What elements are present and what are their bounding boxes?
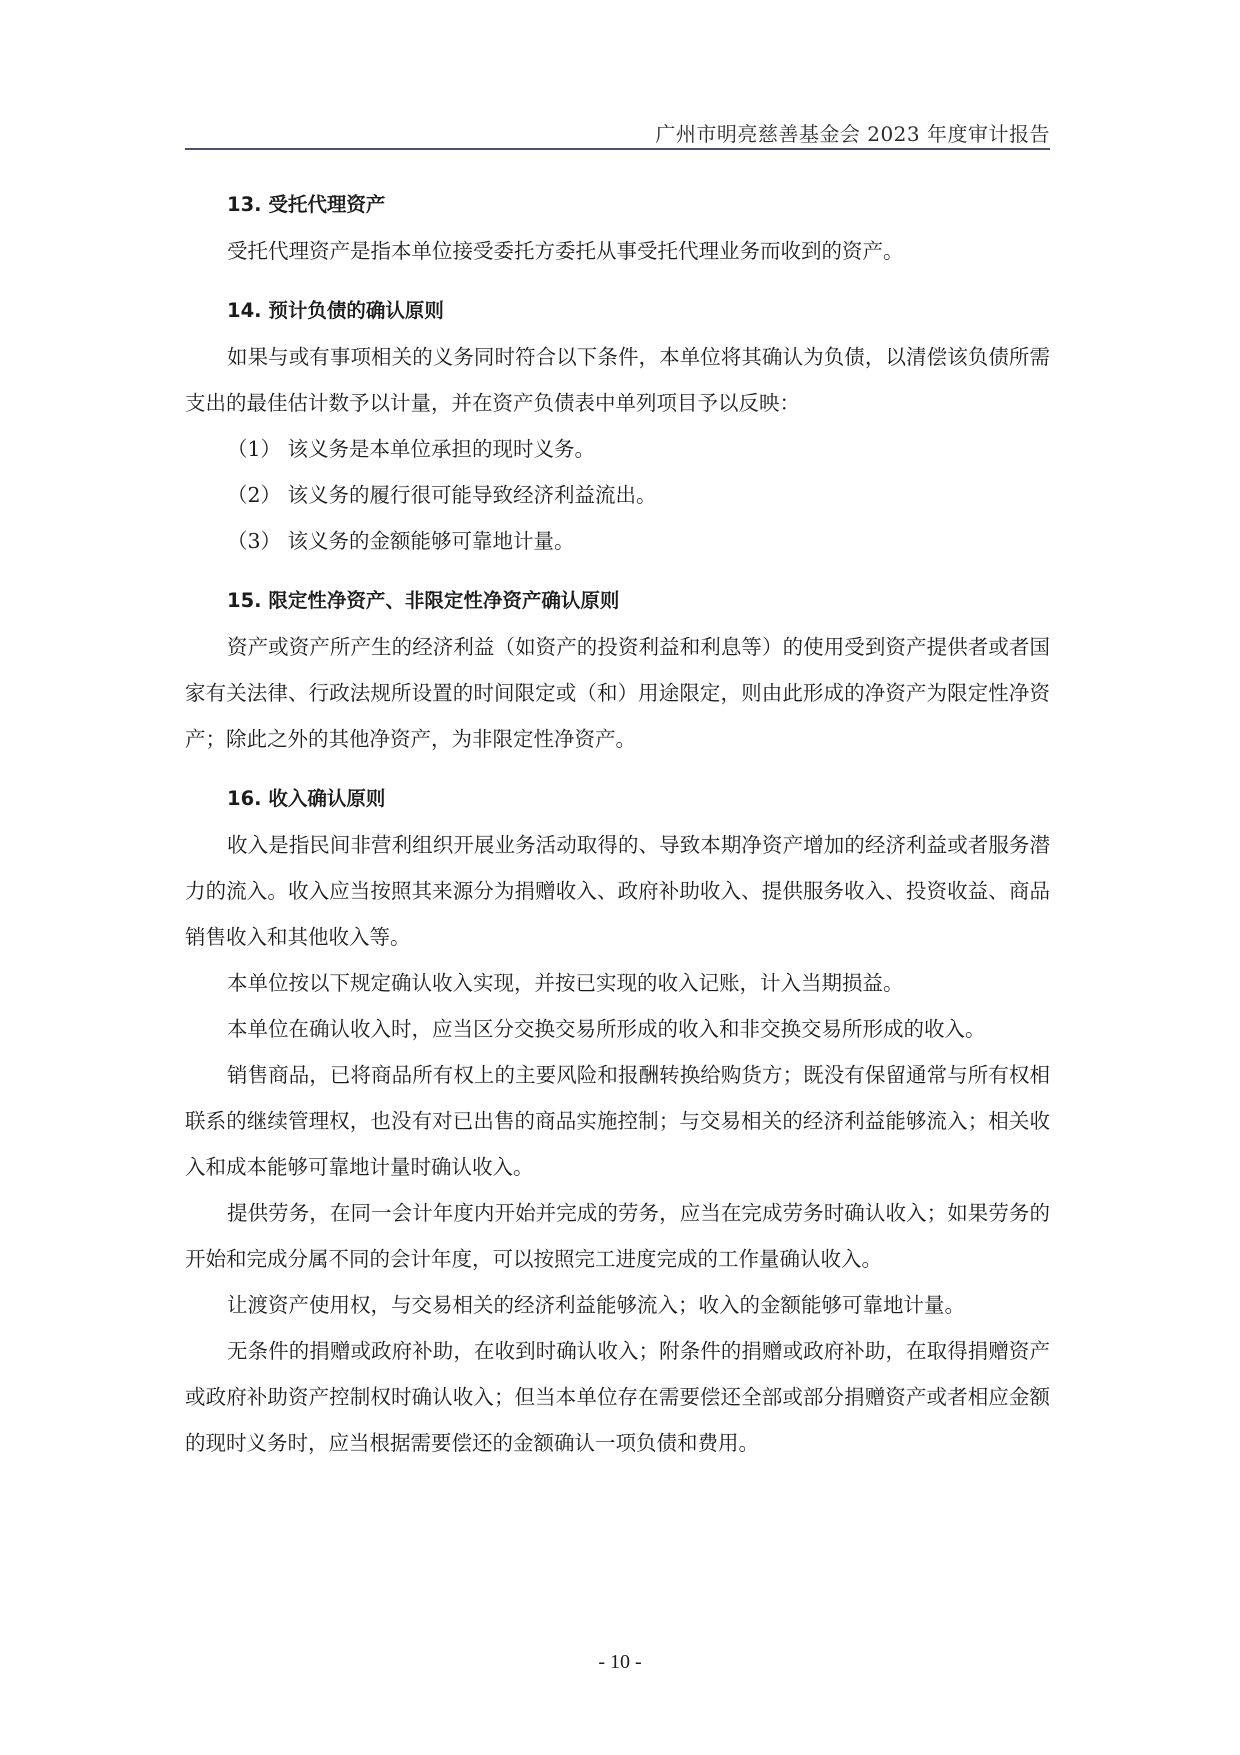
paragraph: 让渡资产使用权，与交易相关的经济利益能够流入；收入的金额能够可靠地计量。 — [185, 1282, 1050, 1328]
section-heading: 14. 预计负债的确认原则 — [185, 288, 1050, 334]
list-item: （3） 该义务的金额能够可靠地计量。 — [185, 518, 1050, 564]
document-body: 13. 受托代理资产 受托代理资产是指本单位接受委托方委托从事受托代理业务而收到… — [185, 178, 1050, 1466]
paragraph: 受托代理资产是指本单位接受委托方委托从事受托代理业务而收到的资产。 — [185, 228, 1050, 274]
section-13: 13. 受托代理资产 受托代理资产是指本单位接受委托方委托从事受托代理业务而收到… — [185, 182, 1050, 274]
section-heading: 16. 收入确认原则 — [185, 776, 1050, 822]
paragraph: 资产或资产所产生的经济利益（如资产的投资利益和利息等）的使用受到资产提供者或者国… — [185, 624, 1050, 762]
section-14: 14. 预计负债的确认原则 如果与或有事项相关的义务同时符合以下条件，本单位将其… — [185, 288, 1050, 564]
paragraph: 本单位按以下规定确认收入实现，并按已实现的收入记账，计入当期损益。 — [185, 960, 1050, 1006]
paragraph: 无条件的捐赠或政府补助，在收到时确认收入；附条件的捐赠或政府补助，在取得捐赠资产… — [185, 1328, 1050, 1466]
header-divider — [185, 148, 1050, 150]
section-16: 16. 收入确认原则 收入是指民间非营利组织开展业务活动取得的、导致本期净资产增… — [185, 776, 1050, 1466]
paragraph: 销售商品，已将商品所有权上的主要风险和报酬转换给购货方；既没有保留通常与所有权相… — [185, 1052, 1050, 1190]
list-item: （2） 该义务的履行很可能导致经济利益流出。 — [185, 472, 1050, 518]
paragraph: 本单位在确认收入时，应当区分交换交易所形成的收入和非交换交易所形成的收入。 — [185, 1006, 1050, 1052]
paragraph: 提供劳务，在同一会计年度内开始并完成的劳务，应当在完成劳务时确认收入；如果劳务的… — [185, 1190, 1050, 1282]
paragraph: 收入是指民间非营利组织开展业务活动取得的、导致本期净资产增加的经济利益或者服务潜… — [185, 822, 1050, 960]
section-heading: 13. 受托代理资产 — [185, 182, 1050, 228]
section-15: 15. 限定性净资产、非限定性净资产确认原则 资产或资产所产生的经济利益（如资产… — [185, 578, 1050, 762]
page-number: - 10 - — [0, 1651, 1240, 1674]
section-heading: 15. 限定性净资产、非限定性净资产确认原则 — [185, 578, 1050, 624]
list-item: （1） 该义务是本单位承担的现时义务。 — [185, 426, 1050, 472]
report-header-title: 广州市明亮慈善基金会 2023 年度审计报告 — [185, 118, 1050, 147]
paragraph: 如果与或有事项相关的义务同时符合以下条件，本单位将其确认为负债，以清偿该负债所需… — [185, 334, 1050, 426]
